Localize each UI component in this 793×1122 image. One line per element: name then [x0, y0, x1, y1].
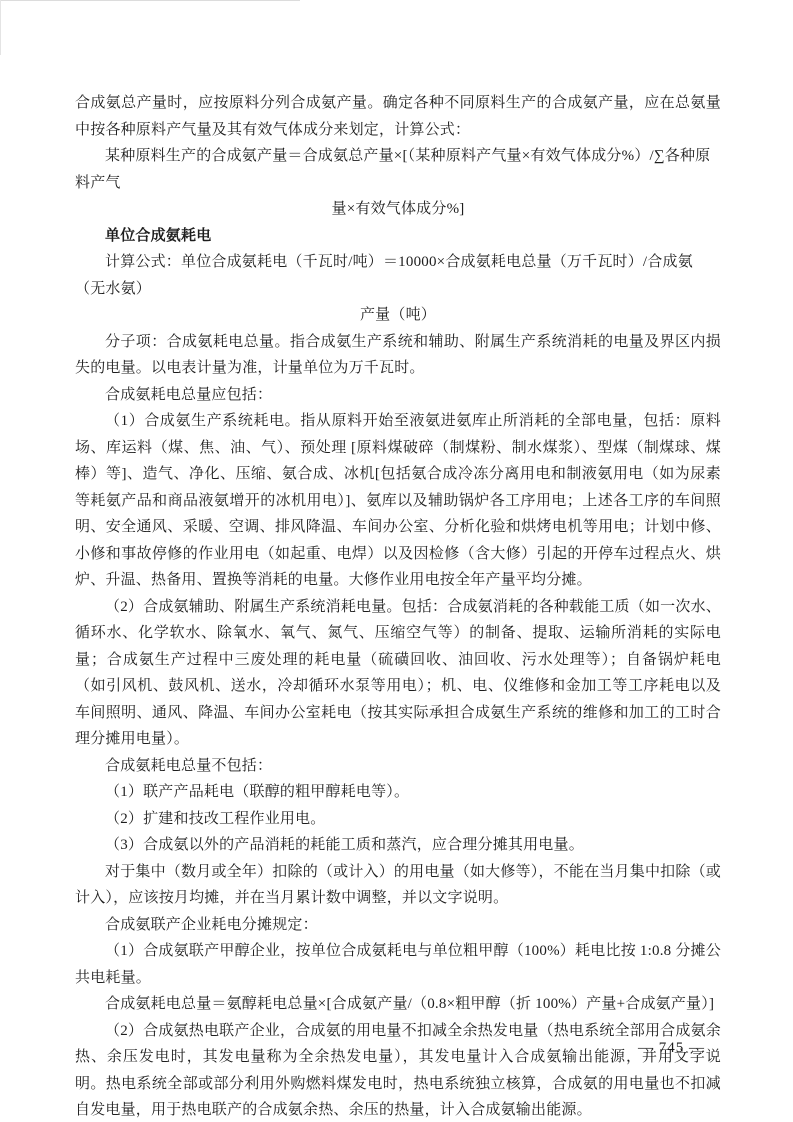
paragraph-chp-enterprise-rule: （2）合成氨热电联产企业，合成氨的用电量不扣减全余热发电量（热电系统全部用合成氨…: [75, 1018, 721, 1122]
paragraph-numerator-definition: 分子项：合成氨耗电总量。指合成氨生产系统和辅助、附属生产系统消耗的电量及界区内损…: [75, 329, 721, 382]
paragraph-excludes-lead: 合成氨耗电总量不包括：: [75, 753, 721, 780]
document-page: 合成氨总产量时，应按原料分列合成氨产量。确定各种不同原料生产的合成氨产量，应在总…: [0, 0, 793, 1122]
formula-output-allocation-line1: 某种原料生产的合成氨产量＝合成氨总产量×[（某种原料产气量×有效气体成分%）/∑…: [75, 143, 721, 196]
paragraph-intro-continuation: 合成氨总产量时，应按原料分列合成氨产量。确定各种不同原料生产的合成氨产量，应在总…: [75, 90, 721, 143]
paragraph-includes-lead: 合成氨耗电总量应包括：: [75, 382, 721, 409]
scan-edge-artifact-left: [0, 0, 1, 55]
page-number: — 745 —: [638, 1038, 705, 1058]
formula-output-allocation-line2: 量×有效气体成分%]: [75, 196, 721, 223]
paragraph-exclude-item1: （1）联产产品耗电（联醇的粗甲醇耗电等）。: [75, 779, 721, 806]
section-heading-unit-ammonia-power: 单位合成氨耗电: [75, 223, 721, 250]
paragraph-joint-methanol-rule: （1）合成氨联产甲醇企业，按单位合成氨耗电与单位粗甲醇（100%）耗电比按 1:…: [75, 938, 721, 991]
page-body-text: 合成氨总产量时，应按原料分列合成氨产量。确定各种不同原料生产的合成氨产量，应在总…: [75, 90, 721, 1122]
formula-unit-power-line1: 计算公式：单位合成氨耗电（千瓦时/吨）＝10000×合成氨耗电总量（万千瓦时）/…: [75, 249, 721, 302]
paragraph-item1-production-system: （1）合成氨生产系统耗电。指从原料开始至液氨进氨库止所消耗的全部电量，包括：原料…: [75, 408, 721, 594]
paragraph-monthly-allocation-rule: 对于集中（数月或全年）扣除的（或计入）的用电量（如大修等），不能在当月集中扣除（…: [75, 859, 721, 912]
formula-unit-power-line2: 产量（吨）: [75, 302, 721, 329]
scan-edge-artifact-top: [0, 0, 300, 1]
paragraph-joint-enterprise-lead: 合成氨联产企业耗电分摊规定：: [75, 912, 721, 939]
paragraph-exclude-item3: （3）合成氨以外的产品消耗的耗能工质和蒸汽，应合理分摊其用电量。: [75, 832, 721, 859]
formula-joint-methanol-allocation: 合成氨耗电总量＝氨醇耗电总量×[合成氨产量/（0.8×粗甲醇（折 100%）产量…: [75, 991, 721, 1018]
paragraph-exclude-item2: （2）扩建和技改工程作业用电。: [75, 806, 721, 833]
paragraph-item2-auxiliary-system: （2）合成氨辅助、附属生产系统消耗电量。包括：合成氨消耗的各种载能工质（如一次水…: [75, 594, 721, 753]
